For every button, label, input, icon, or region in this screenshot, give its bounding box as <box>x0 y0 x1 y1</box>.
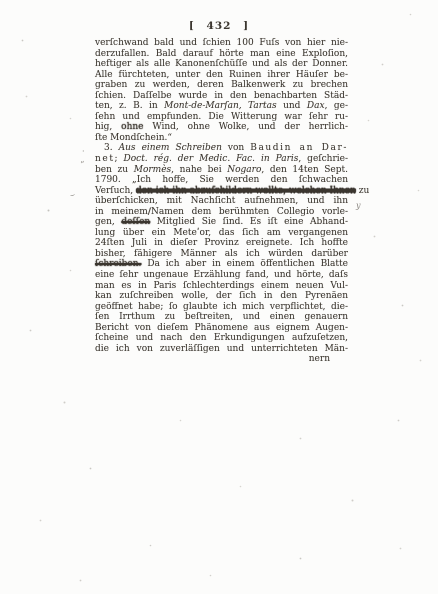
text-segment: graben zu werden, deren Balkenwerk zu br… <box>95 80 348 90</box>
text-line: kan zuſchreiben wolle, der ſich in den P… <box>95 291 348 302</box>
text-segment: Dax <box>307 101 325 111</box>
text-segment: geöffnet habe; ſo glaubte ich mich verpf… <box>95 302 348 312</box>
text-segment: ſte Mondſchein.“ <box>95 133 172 143</box>
text-segment: Mormès <box>134 165 171 175</box>
text-line: ſcheine und nach den Erkundigungen aufzu… <box>95 333 348 344</box>
text-segment: derzufallen. Bald darauf hörte man eine … <box>95 49 348 59</box>
text-segment: net <box>95 154 115 164</box>
text-segment: verſchwand bald und ſchien 100 Fuſs von … <box>95 38 348 48</box>
pen-quote-mark: „ <box>79 155 84 164</box>
text-segment: Alle fürchteten, unter den Ruinen ihrer … <box>95 70 348 80</box>
text-line: gen, deſſen Mitglied Sie ſind. Es iſt ei… <box>95 217 348 228</box>
pen-y-mark: y <box>356 201 361 210</box>
struck-text: den ich ihn abzuſchildern wollte, welche… <box>136 186 356 196</box>
text-line: 3. Aus einem Schreiben von Baudin an Dar… <box>95 143 348 154</box>
text-line: derzufallen. Bald darauf hörte man eine … <box>95 49 348 60</box>
text-segment: Mitglied Sie ſind. Es iſt eine Abhand- <box>150 217 348 227</box>
text-line: bisher, fähigere Männer als ich würden d… <box>95 249 348 260</box>
text-line: verſchwand bald und ſchien 100 Fuſs von … <box>95 38 348 49</box>
text-line: überſchicken, mit Nachſicht aufnehmen, u… <box>95 196 348 207</box>
text-segment: ſcheine und nach den Erkundigungen aufzu… <box>95 333 348 343</box>
text-segment: eine ſehr ungenaue Erzählung fand, und h… <box>95 270 348 280</box>
text-line: ſchien. Daſſelbe wurde in den benachbart… <box>95 91 348 102</box>
text-segment: , geſchrie- <box>298 154 348 164</box>
text-segment: 24ſten Juli in dieſer Provinz ereignete.… <box>95 238 348 248</box>
text-segment: ohne <box>121 122 143 132</box>
pen-dot-mark: · <box>82 147 85 156</box>
text-segment: deſſen <box>121 217 150 227</box>
text-line: 24ſten Juli in dieſer Provinz ereignete.… <box>95 238 348 249</box>
text-segment: Da ich aber in einem öffentlichen Blatte <box>141 259 348 269</box>
text-line: 1790. „Ich hoffe, Sie werden den ſchwach… <box>95 175 348 186</box>
text-line: eine ſehr ungenaue Erzählung fand, und h… <box>95 270 348 281</box>
text-line: ſen Irrthum zu beſtreiten, und einen gen… <box>95 312 348 323</box>
text-segment: ſchreiben. <box>95 259 141 269</box>
text-segment: ſehn und empfunden. Die Witterung war ſe… <box>95 112 348 122</box>
text-segment: gen, <box>95 217 121 227</box>
text-segment: Aus einem Schreiben <box>119 143 222 153</box>
text-segment: man es in Paris ſchlechterdings einem ne… <box>95 281 348 291</box>
text-segment: von <box>222 143 250 153</box>
text-segment: und <box>277 101 307 111</box>
text-segment: kan zuſchreiben wolle, der ſich in den P… <box>95 291 348 301</box>
text-line: geöffnet habe; ſo glaubte ich mich verpf… <box>95 302 348 313</box>
text-segment: zu <box>356 186 369 196</box>
text-line: Alle fürchteten, unter den Ruinen ihrer … <box>95 70 348 81</box>
text-segment: Wind, ohne Wolke, und der herrlich- <box>144 122 349 132</box>
text-line: die ich von zuverläſſigen und unterricht… <box>95 344 348 355</box>
text-segment: Bericht von dieſem Phänomene aus eignem … <box>95 323 348 333</box>
text-line: Verſuch, den ich ihn abzuſchildern wollt… <box>95 186 348 197</box>
text-segment: Mont-de-Marſan, Tartas <box>164 101 276 111</box>
text-line: ten, z. B. in Mont-de-Marſan, Tartas und… <box>95 101 348 112</box>
text-line: in meinem∕Namen dem berühmten Collegio v… <box>95 207 348 218</box>
book-page: [ 432 ] verſchwand bald und ſchien 100 F… <box>0 0 438 594</box>
text-line: ſchreiben. Da ich aber in einem öffentli… <box>95 259 348 270</box>
text-segment: , ge- <box>325 101 348 111</box>
text-line: Bericht von dieſem Phänomene aus eignem … <box>95 323 348 334</box>
text-segment: ; <box>115 154 124 164</box>
text-segment: lung über ein Mete <box>95 228 197 238</box>
text-segment: 3. <box>104 143 119 153</box>
text-line: ben zu Mormès, nahe bei Nogaro, den 14te… <box>95 165 348 176</box>
text-line: net; Doct. rég. der Medic. Fac. in Paris… <box>95 154 348 165</box>
text-line: hig, ohne Wind, ohne Wolke, und der herr… <box>95 122 348 133</box>
text-segment: , den 14ten Sept. <box>261 165 348 175</box>
text-line: ſehn und empfunden. Die Witterung war ſe… <box>95 112 348 123</box>
text-line: ſte Mondſchein.“ <box>95 133 348 144</box>
text-segment: die ich von zuverläſſigen und unterricht… <box>95 344 348 354</box>
text-segment: or, das ſich am vergangenen <box>200 228 348 238</box>
text-segment: 1790. „Ich hoffe, Sie werden den ſchwach… <box>95 175 348 185</box>
paper-speckle <box>0 0 1 1</box>
catchword: nern <box>95 354 348 365</box>
text-segment: ben zu <box>95 165 134 175</box>
text-segment: hig, <box>95 122 121 132</box>
text-segment: Doct. rég. der Medic. Fac. in Paris <box>124 154 299 164</box>
text-line: man es in Paris ſchlechterdings einem ne… <box>95 281 348 292</box>
text-segment: ſchien. Daſſelbe wurde in den benachbart… <box>95 91 348 101</box>
text-line: lung über ein Meteʹor, das ſich am verga… <box>95 228 348 239</box>
text-segment: überſchicken, mit Nachſicht aufnehmen, u… <box>95 196 348 206</box>
text-segment: Verſuch, <box>95 186 136 196</box>
text-segment: heftiger als alle Kanonenſchüſſe und als… <box>95 59 348 69</box>
text-segment: , nahe bei <box>171 165 227 175</box>
text-line: graben zu werden, deren Balkenwerk zu br… <box>95 80 348 91</box>
text-segment: bisher, fähigere Männer als ich würden d… <box>95 249 348 259</box>
text-block: verſchwand bald und ſchien 100 Fuſs von … <box>95 38 348 365</box>
text-line: heftiger als alle Kanonenſchüſſe und als… <box>95 59 348 70</box>
text-segment: ſen Irrthum zu beſtreiten, und einen gen… <box>95 312 348 322</box>
text-segment: Namen dem berühmten Collegio vorle- <box>151 207 348 217</box>
text-segment: Nogaro <box>227 165 261 175</box>
page-number-header: [ 432 ] <box>0 20 438 32</box>
text-segment: in meinem <box>95 207 148 217</box>
pen-check-mark: ⌣ <box>69 190 77 201</box>
text-segment: ten, z. B. in <box>95 101 164 111</box>
text-segment: Baudin an Dar- <box>250 143 348 153</box>
